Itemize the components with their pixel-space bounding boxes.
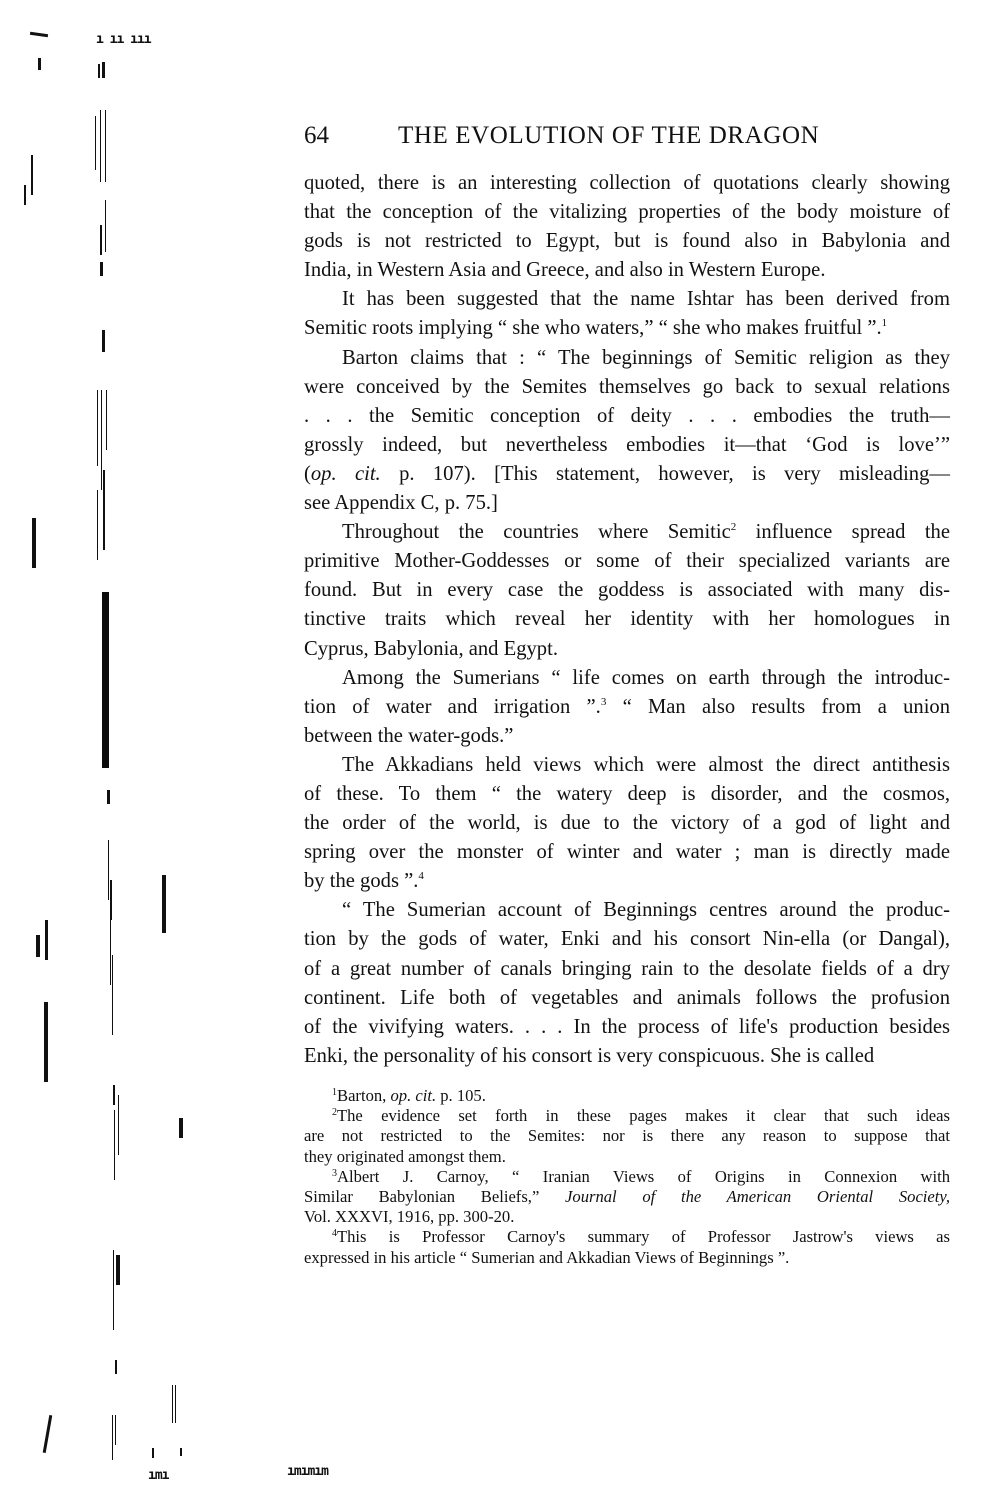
footnote-marker: 3 xyxy=(332,1168,337,1179)
scan-bar-short xyxy=(44,1002,48,1082)
footnote-line: 4This is Professor Carnoy's summary of P… xyxy=(304,1227,950,1247)
scan-line xyxy=(103,470,105,550)
scan-signature-marks: ımımım xyxy=(287,1464,328,1479)
scan-line xyxy=(101,390,102,490)
text-line: spring over the monster of winter and wa… xyxy=(304,838,950,867)
paragraph: Throughout the countries where Semitic2 … xyxy=(304,518,950,663)
paragraph: quoted, there is an interesting collecti… xyxy=(304,169,950,285)
footnote-ref[interactable]: 4 xyxy=(418,870,424,882)
footnote-marker: 4 xyxy=(332,1228,337,1239)
footnote-line: Vol. XXXVI, 1916, pp. 300-20. xyxy=(304,1207,950,1227)
text-line: Enki, the personality of his consort is … xyxy=(304,1042,950,1071)
scan-mark xyxy=(38,58,41,70)
scan-line xyxy=(100,110,101,182)
text-line: (op. cit. p. 107). [This statement, howe… xyxy=(304,460,950,489)
footnotes: 1Barton, op. cit. p. 105.2The evidence s… xyxy=(304,1086,950,1268)
scan-line xyxy=(115,1415,116,1445)
text-line: The Akkadians held views which were almo… xyxy=(304,751,950,780)
footnote-marker: 1 xyxy=(332,1087,337,1098)
scan-mark xyxy=(115,1360,117,1374)
scan-line xyxy=(172,1385,173,1423)
scan-bar-long xyxy=(102,592,109,768)
scan-line xyxy=(97,390,98,466)
text-line: of the vivifying waters. . . . In the pr… xyxy=(304,1013,950,1042)
scan-top-marks: ı ıı ııı xyxy=(96,32,151,47)
text-line: India, in Western Asia and Greece, and a… xyxy=(304,256,950,285)
scan-line xyxy=(112,955,113,1035)
scan-mark xyxy=(45,920,48,960)
scan-line xyxy=(118,1095,119,1155)
scan-line xyxy=(102,330,105,352)
scan-line xyxy=(95,116,96,170)
scan-mark xyxy=(31,155,33,195)
scan-mark xyxy=(102,62,105,78)
scan-bar-short xyxy=(116,1255,120,1285)
running-title: THE EVOLUTION OF THE DRAGON xyxy=(398,122,819,149)
footnote-2: 2The evidence set forth in these pages m… xyxy=(304,1106,950,1167)
text-line: Cyprus, Babylonia, and Egypt. xyxy=(304,635,950,664)
page-number: 64 xyxy=(304,120,398,152)
text-line: Throughout the countries where Semitic2 … xyxy=(304,518,950,547)
scan-mark xyxy=(36,935,40,957)
text-line: gods is not restricted to Egypt, but is … xyxy=(304,227,950,256)
text-line: of a great number of canals bringing rai… xyxy=(304,955,950,984)
text-line: the order of the world, is due to the vi… xyxy=(304,809,950,838)
footnote-line: 2The evidence set forth in these pages m… xyxy=(304,1106,950,1126)
footnote-marker: 2 xyxy=(332,1107,337,1118)
text-line: were conceived by the Semites themselves… xyxy=(304,373,950,402)
text-line: primitive Mother-Goddesses or some of th… xyxy=(304,547,950,576)
paragraph: “ The Sumerian account of Beginnings cen… xyxy=(304,896,950,1071)
scan-mark xyxy=(24,185,26,205)
italic-citation: op. cit. xyxy=(390,1086,436,1105)
text-line: . . . the Semitic conception of deity . … xyxy=(304,402,950,431)
text-line: quoted, there is an interesting collecti… xyxy=(304,169,950,198)
scan-line xyxy=(100,225,102,255)
paragraph: Barton claims that : “ The beginnings of… xyxy=(304,344,950,519)
body-text: quoted, there is an interesting collecti… xyxy=(304,169,950,1071)
footnote-line: 1Barton, op. cit. p. 105. xyxy=(304,1086,950,1106)
italic-citation: Journal of the American Oriental Society… xyxy=(565,1187,950,1206)
scan-line xyxy=(112,1415,113,1460)
text-line: “ The Sumerian account of Beginnings cen… xyxy=(304,896,950,925)
text-line: see Appendix C, p. 75.] xyxy=(304,489,950,518)
text-line: tinctive traits which reveal her identit… xyxy=(304,605,950,634)
scan-line xyxy=(97,490,98,560)
scan-line xyxy=(175,1385,176,1423)
scan-line xyxy=(105,200,106,252)
text-line: Semitic roots implying “ she who waters,… xyxy=(304,314,950,343)
scan-mark xyxy=(30,32,48,37)
text-line: tion by the gods of water, Enki and his … xyxy=(304,925,950,954)
italic-citation: op. cit. xyxy=(311,463,381,485)
scan-mark xyxy=(180,1448,182,1456)
footnote-ref[interactable]: 1 xyxy=(882,317,888,329)
scan-line xyxy=(105,110,106,182)
text-line: that the conception of the vitalizing pr… xyxy=(304,198,950,227)
scan-line xyxy=(114,1110,115,1180)
scan-bar-short xyxy=(162,875,166,933)
footnote-line: expressed in his article “ Sumerian and … xyxy=(304,1248,950,1268)
paragraph: It has been suggested that the name Isht… xyxy=(304,285,950,343)
text-line: Among the Sumerians “ life comes on eart… xyxy=(304,664,950,693)
scan-bottom-left-marks: ımı xyxy=(148,1468,168,1483)
text-line: Barton claims that : “ The beginnings of… xyxy=(304,344,950,373)
footnote-1: 1Barton, op. cit. p. 105. xyxy=(304,1086,950,1106)
text-line: tion of water and irrigation ”.3 “ Man a… xyxy=(304,693,950,722)
scan-mark xyxy=(43,1415,53,1453)
footnote-3: 3Albert J. Carnoy, “ Iranian Views of Or… xyxy=(304,1167,950,1228)
text-line: found. But in every case the goddess is … xyxy=(304,576,950,605)
scan-bar-short xyxy=(32,518,36,568)
scan-mark xyxy=(98,64,100,78)
footnote-ref[interactable]: 3 xyxy=(601,696,607,708)
text-line: It has been suggested that the name Isht… xyxy=(304,285,950,314)
paragraph: The Akkadians held views which were almo… xyxy=(304,751,950,896)
text-line: by the gods ”.4 xyxy=(304,867,950,896)
text-line: continent. Life both of vegetables and a… xyxy=(304,984,950,1013)
scan-line xyxy=(113,1250,114,1330)
scan-line xyxy=(110,880,112,920)
footnote-line: Similar Babylonian Beliefs,” Journal of … xyxy=(304,1187,950,1207)
footnote-4: 4This is Professor Carnoy's summary of P… xyxy=(304,1227,950,1267)
scan-mark xyxy=(107,790,110,804)
running-header: 64THE EVOLUTION OF THE DRAGON xyxy=(304,120,954,152)
footnote-line: are not restricted to the Semites: nor i… xyxy=(304,1126,950,1146)
scan-line xyxy=(110,915,111,985)
scan-mark xyxy=(113,1085,115,1105)
scan-line xyxy=(100,262,103,276)
book-page: ı ıı ııı xyxy=(0,0,993,1511)
text-line: of these. To them “ the watery deep is d… xyxy=(304,780,950,809)
scan-line xyxy=(108,840,109,900)
scan-line xyxy=(106,390,107,450)
scan-mark xyxy=(179,1118,183,1138)
footnote-line: 3Albert J. Carnoy, “ Iranian Views of Or… xyxy=(304,1167,950,1187)
scan-mark xyxy=(152,1448,154,1458)
footnote-line: they originated amongst them. xyxy=(304,1147,950,1167)
text-line: between the water-gods.” xyxy=(304,722,950,751)
text-line: grossly indeed, but nevertheless embodie… xyxy=(304,431,950,460)
footnote-ref[interactable]: 2 xyxy=(731,521,737,533)
paragraph: Among the Sumerians “ life comes on eart… xyxy=(304,664,950,751)
